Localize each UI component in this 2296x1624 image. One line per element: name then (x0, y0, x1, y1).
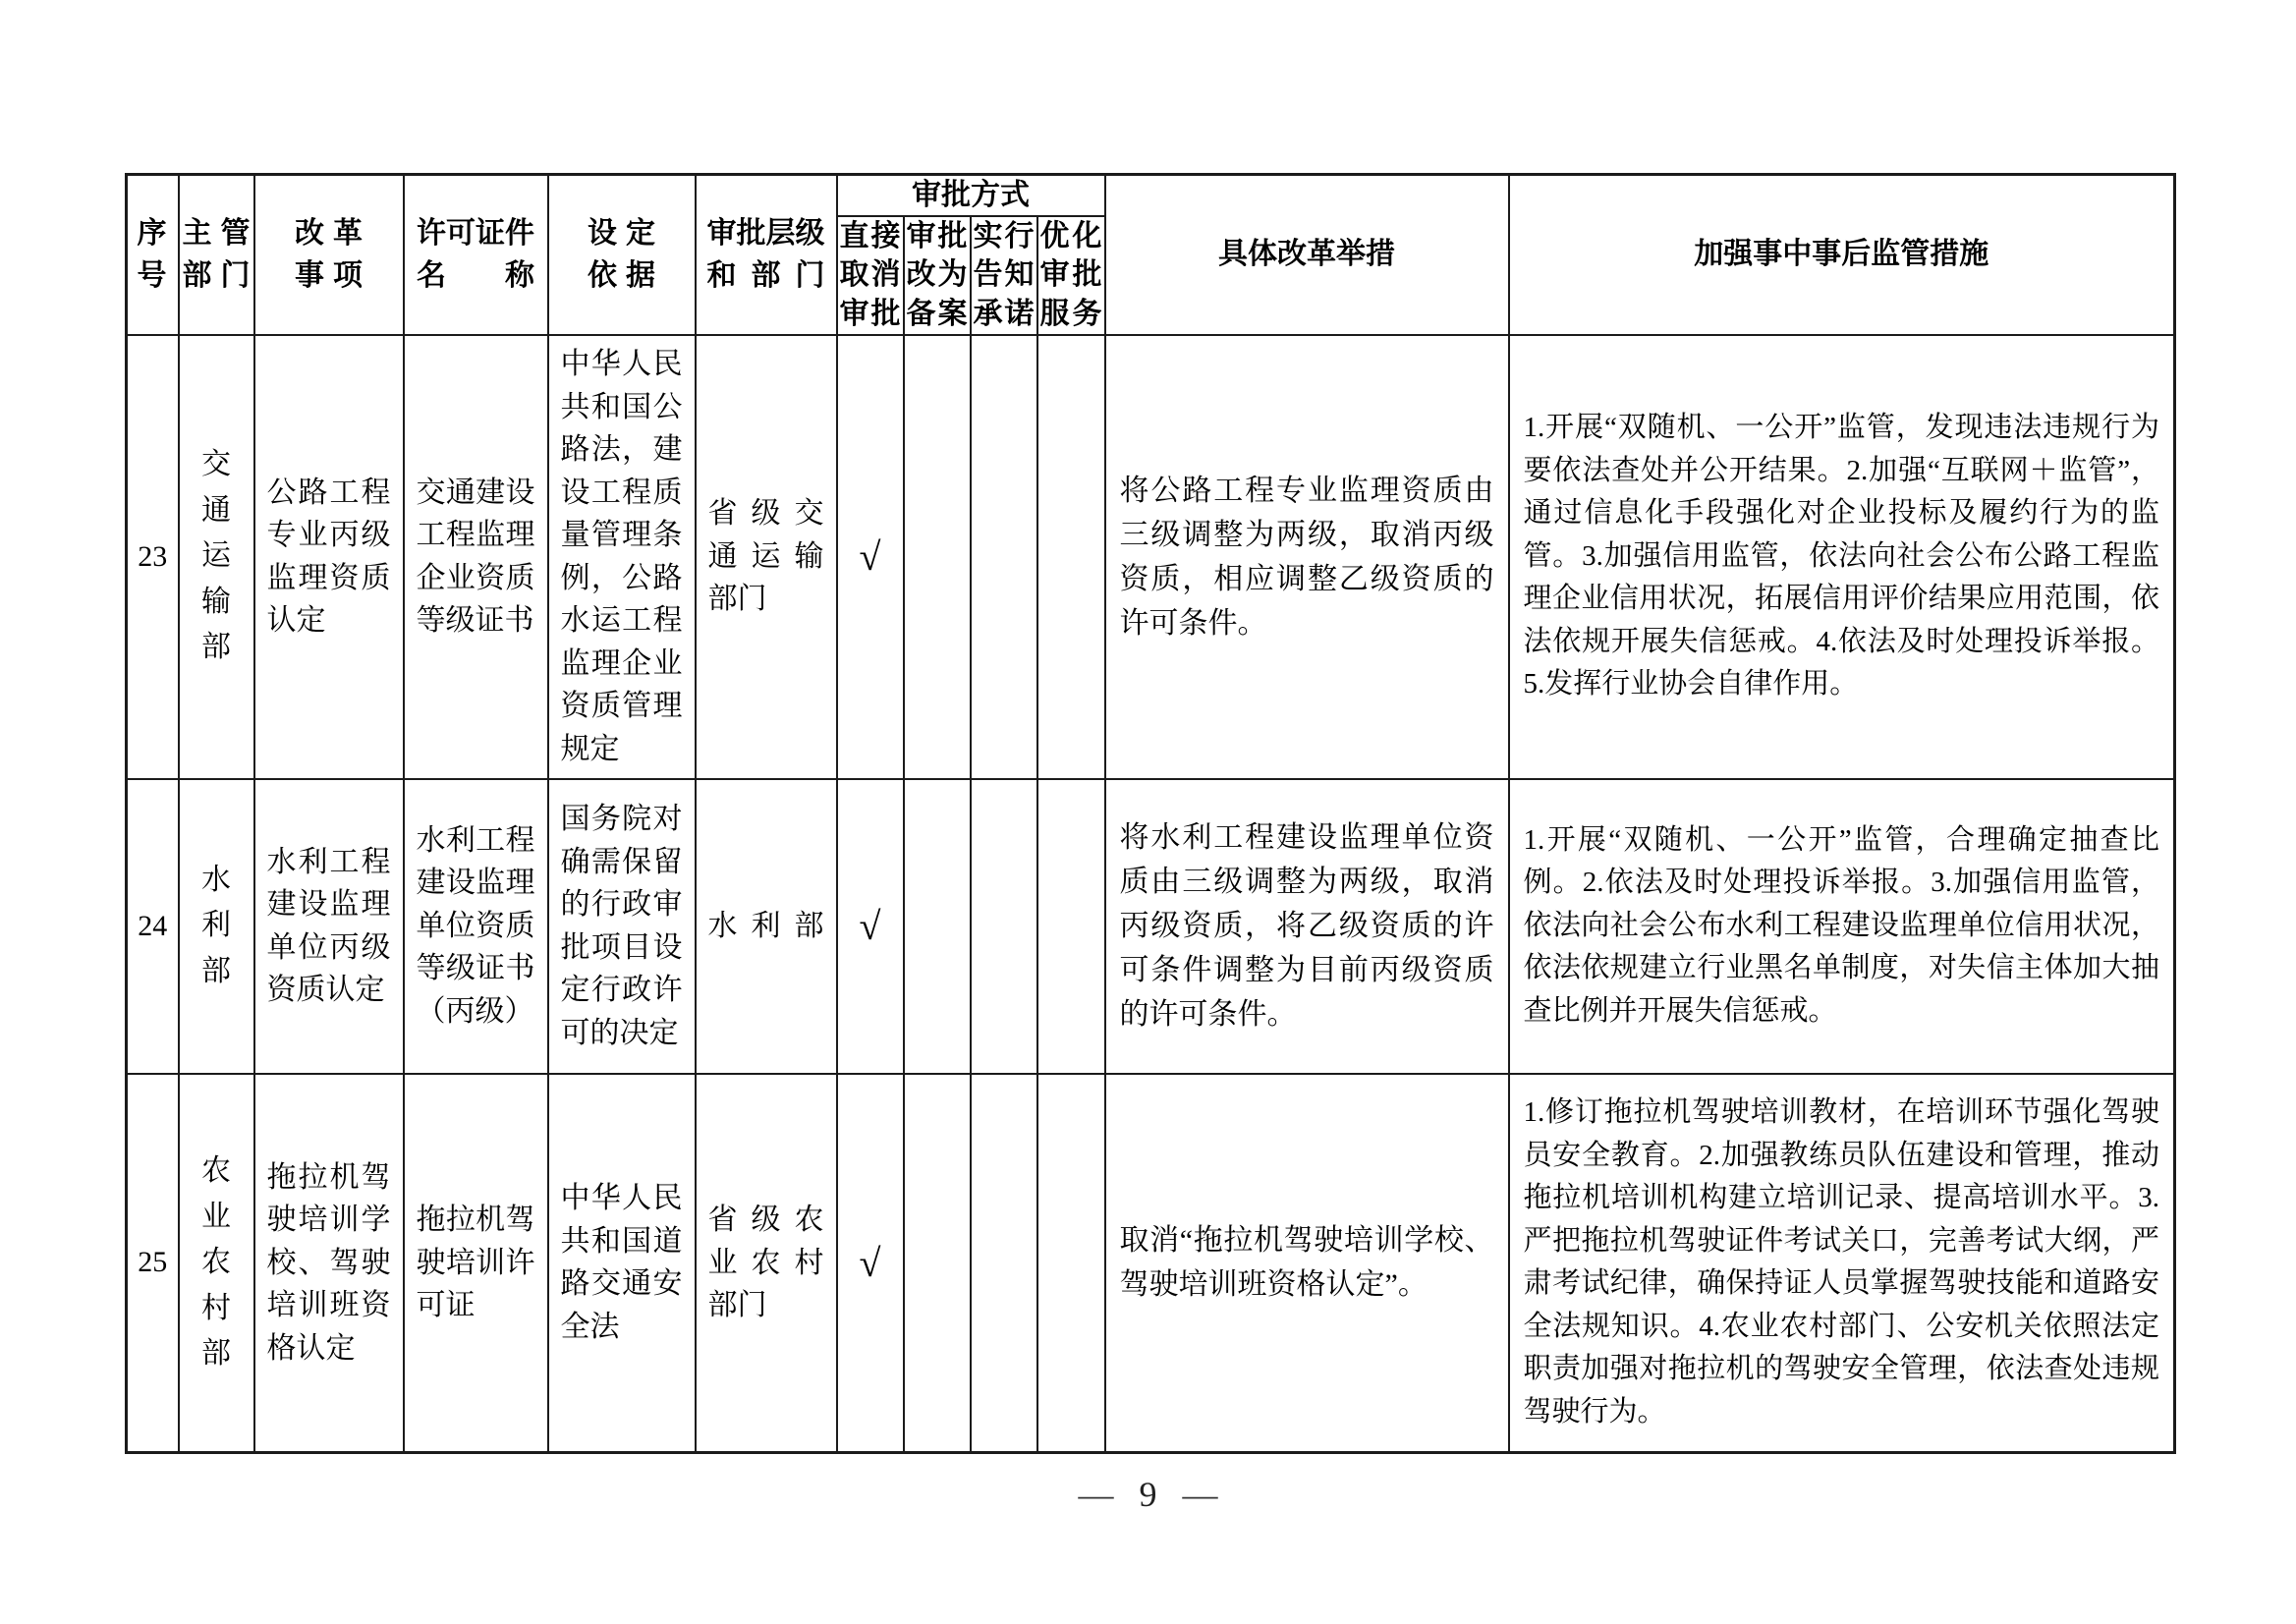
row-2-seq-cell: 25 (127, 1074, 179, 1453)
row-2-dept-text: 农业农村部 (200, 1148, 232, 1377)
row-2-supervision-cell: 1.修订拖拉机驾驶培训教材，在培训环节强化驾驶员安全教育。2.加强教练员队伍建设… (1509, 1074, 2175, 1453)
row-0-method-notify-commitment-cell (971, 335, 1037, 779)
header-license-name: 许可证件名称 (404, 175, 548, 335)
row-2-method-cancel-cell: √ (837, 1074, 904, 1453)
header-supervision: 加强事中事后监管措施 (1509, 175, 2175, 335)
row-2-method-notify-commitment-cell (971, 1074, 1037, 1453)
row-2-reform-item-cell: 拖拉机驾驶培训学校、驾驶培训班资格认定 (254, 1074, 404, 1453)
footer-page-number: 9 (1140, 1475, 1157, 1514)
header-method-to-record: 审批改为备案 (904, 216, 971, 335)
row-2-method-optimize-service-cell (1037, 1074, 1105, 1453)
row-0-reform-item-cell: 公路工程专业丙级监理资质认定 (254, 335, 404, 779)
row-2-license-name-cell: 拖拉机驾驶培训许可证 (404, 1074, 548, 1453)
header-approval-level: 审批层级和部门 (696, 175, 837, 335)
page-number: —9— (0, 1474, 2296, 1515)
header-method-optimize-service: 优化审批服务 (1037, 216, 1105, 335)
header-method-notify-commitment-label: 实行告知承诺 (974, 217, 1035, 334)
header-legal-basis-label: 设定依据 (588, 212, 655, 298)
header-method-cancel: 直接取消审批 (837, 216, 904, 335)
header-license-name-label: 许可证件名称 (417, 212, 534, 298)
row-0-supervision-cell: 1.开展“双随机、一公开”监管，发现违法违规行为要依法查处并公开结果。2.加强“… (1509, 335, 2175, 779)
header-approval-method-group: 审批方式 (837, 175, 1105, 216)
reform-items-table: 序号 主管部门 改革事项 许可证件名称 设定依据 审批层级和部门 审批方式 具体… (125, 173, 2176, 1454)
row-1-method-notify-commitment-cell (971, 779, 1037, 1074)
header-reform-item-label: 改革事项 (295, 212, 363, 298)
table-header: 序号 主管部门 改革事项 许可证件名称 设定依据 审批层级和部门 审批方式 具体… (127, 175, 2175, 335)
row-1-dept-text: 水利部 (200, 858, 232, 995)
row-1-legal-basis-cell: 国务院对确需保留的行政审批项目设定行政许可的决定 (548, 779, 696, 1074)
header-dept-label: 主管部门 (183, 212, 251, 298)
checkmark-icon: √ (860, 534, 881, 579)
row-0-method-to-record-cell (904, 335, 971, 779)
row-1-method-optimize-service-cell (1037, 779, 1105, 1074)
header-dept: 主管部门 (179, 175, 254, 335)
footer-dash-right: — (1183, 1475, 1218, 1514)
row-2-method-to-record-cell (904, 1074, 971, 1453)
row-1-method-to-record-cell (904, 779, 971, 1074)
row-1-supervision-cell: 1.开展“双随机、一公开”监管，合理确定抽查比例。2.依法及时处理投诉举报。3.… (1509, 779, 2175, 1074)
row-0-measures-cell: 将公路工程专业监理资质由三级调整为两级，取消丙级资质，相应调整乙级资质的许可条件… (1105, 335, 1509, 779)
row-1-dept-cell: 水利部 (179, 779, 254, 1074)
header-method-to-record-label: 审批改为备案 (907, 217, 968, 334)
table-row: 25 农业农村部 拖拉机驾驶培训学校、驾驶培训班资格认定 拖拉机驾驶培训许可证 … (127, 1074, 2175, 1453)
row-1-approval-level-cell: 水利部 (696, 779, 837, 1074)
header-method-notify-commitment: 实行告知承诺 (971, 216, 1037, 335)
row-2-measures-cell: 取消“拖拉机驾驶培训学校、驾驶培训班资格认定”。 (1105, 1074, 1509, 1453)
row-2-dept-cell: 农业农村部 (179, 1074, 254, 1453)
row-0-method-optimize-service-cell (1037, 335, 1105, 779)
header-approval-level-label: 审批层级和部门 (707, 212, 825, 298)
row-1-license-name-cell: 水利工程建设监理单位资质等级证书（丙级） (404, 779, 548, 1074)
header-seq: 序号 (127, 175, 179, 335)
header-method-optimize-service-label: 优化审批服务 (1040, 217, 1102, 334)
row-0-method-cancel-cell: √ (837, 335, 904, 779)
header-reform-item: 改革事项 (254, 175, 404, 335)
row-2-approval-level-cell: 省级农业农村部门 (696, 1074, 837, 1453)
table-row: 23 交通运输部 公路工程专业丙级监理资质认定 交通建设工程监理企业资质等级证书… (127, 335, 2175, 779)
table-row: 24 水利部 水利工程建设监理单位丙级资质认定 水利工程建设监理单位资质等级证书… (127, 779, 2175, 1074)
header-legal-basis: 设定依据 (548, 175, 696, 335)
row-0-legal-basis-cell: 中华人民共和国公路法，建设工程质量管理条例，公路水运工程监理企业资质管理规定 (548, 335, 696, 779)
document-page: 序号 主管部门 改革事项 许可证件名称 设定依据 审批层级和部门 审批方式 具体… (0, 0, 2296, 1624)
footer-dash-left: — (1079, 1475, 1114, 1514)
row-1-method-cancel-cell: √ (837, 779, 904, 1074)
row-0-dept-text: 交通运输部 (200, 442, 232, 671)
row-1-reform-item-cell: 水利工程建设监理单位丙级资质认定 (254, 779, 404, 1074)
header-seq-label: 序号 (138, 212, 169, 298)
row-2-legal-basis-cell: 中华人民共和国道路交通安全法 (548, 1074, 696, 1453)
row-0-dept-cell: 交通运输部 (179, 335, 254, 779)
header-measures: 具体改革举措 (1105, 175, 1509, 335)
header-method-cancel-label: 直接取消审批 (840, 217, 901, 334)
row-1-seq-cell: 24 (127, 779, 179, 1074)
row-1-measures-cell: 将水利工程建设监理单位资质由三级调整为两级，取消丙级资质，将乙级资质的许可条件调… (1105, 779, 1509, 1074)
row-0-license-name-cell: 交通建设工程监理企业资质等级证书 (404, 335, 548, 779)
row-0-seq-cell: 23 (127, 335, 179, 779)
row-0-approval-level-cell: 省级交通运输部门 (696, 335, 837, 779)
checkmark-icon: √ (860, 904, 881, 948)
checkmark-icon: √ (860, 1241, 881, 1285)
